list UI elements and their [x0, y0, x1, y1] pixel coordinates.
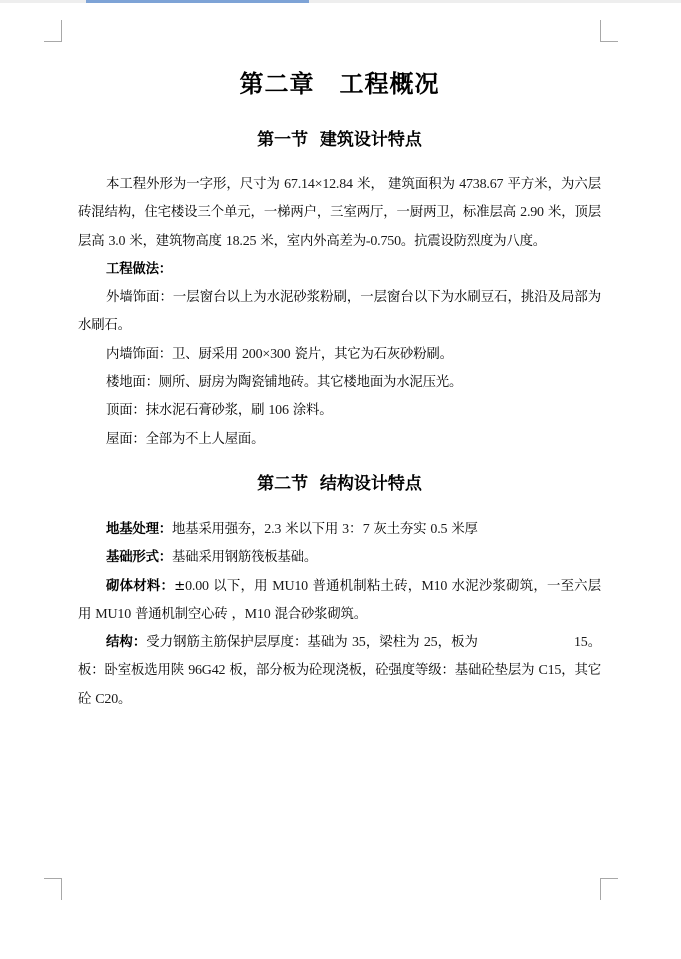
- paragraph-roof: 屋面：全部为不上人屋面。: [78, 426, 601, 454]
- margin-corner-mark-bottom-right: [600, 878, 618, 900]
- paragraph-project-intro: 本工程外形为一字形，尺寸为 67.14×12.84 米， 建筑面积为 4738.…: [78, 171, 601, 256]
- methods-label: 工程做法：: [78, 256, 601, 284]
- document-page[interactable]: 第二章 工程概况 第一节 建筑设计特点 本工程外形为一字形，尺寸为 67.14×…: [78, 62, 601, 714]
- chapter-title: 第二章 工程概况: [78, 62, 601, 106]
- margin-corner-mark-top-right: [600, 20, 618, 42]
- section-title-structure: 第二节 结构设计特点: [78, 470, 601, 498]
- paragraph-foundation-type: 基础形式：基础采用钢筋筏板基础。: [78, 544, 601, 572]
- paragraph-exterior-wall: 外墙饰面：一层窗台以上为水泥砂浆粉刷，一层窗台以下为水刷豆石，挑沿及局部为水刷石…: [78, 284, 601, 341]
- margin-corner-mark-bottom-left: [44, 878, 62, 900]
- section-title-architecture: 第一节 建筑设计特点: [78, 126, 601, 154]
- margin-corner-mark-top-left: [44, 20, 62, 42]
- paragraph-interior-wall: 内墙饰面：卫、厨采用 200×300 瓷片，其它为石灰砂粉刷。: [78, 341, 601, 369]
- top-progress-bar: [0, 0, 681, 3]
- paragraph-structure: 结构：受力钢筋主筋保护层厚度：基础为 35，梁柱为 25，板为15。板：卧室板选…: [78, 629, 601, 714]
- paragraph-foundation-treatment: 地基处理：地基采用强夯，2.3 米以下用 3：7 灰土夯实 0.5 米厚: [78, 516, 601, 544]
- paragraph-ceiling: 顶面：抹水泥石膏砂浆，刷 106 涂料。: [78, 397, 601, 425]
- paragraph-masonry: 砌体材料：±0.00 以下，用 MU10 普通机制粘土砖，M10 水泥沙浆砌筑，…: [78, 573, 601, 630]
- top-progress-bar-accent: [86, 0, 309, 3]
- paragraph-floor: 楼地面：厕所、厨房为陶瓷铺地砖。其它楼地面为水泥压光。: [78, 369, 601, 397]
